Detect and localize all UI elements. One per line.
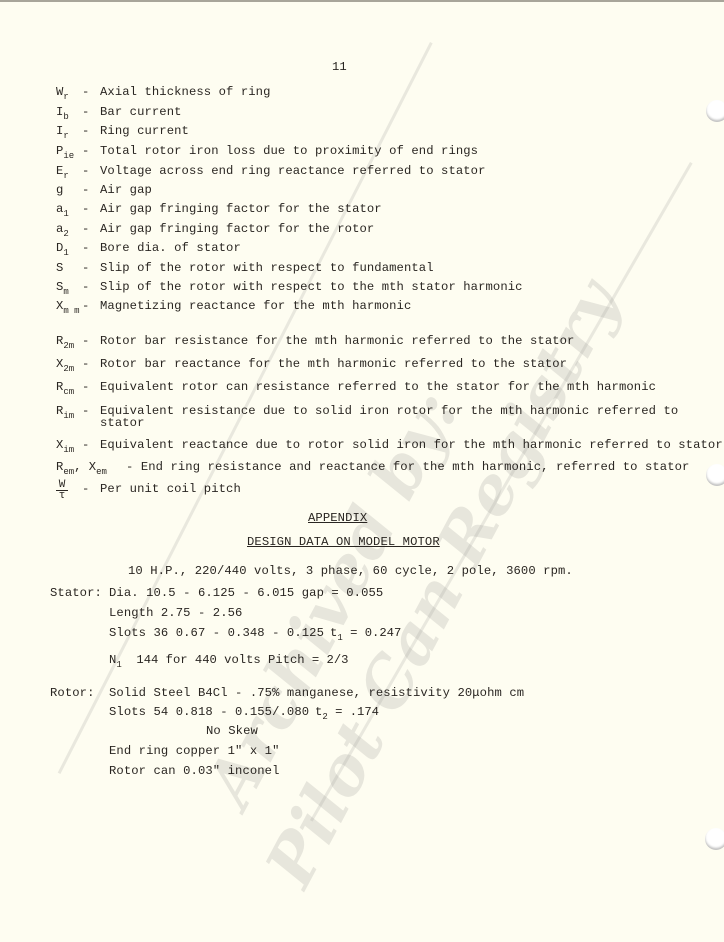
stator-n1: N1 144 for 440 volts Pitch = 2/3 (109, 653, 348, 670)
definition: Equivalent reactance due to rotor solid … (100, 438, 723, 452)
document-page: Archived by: Pilot Can Registry 11 Wr - … (0, 0, 724, 942)
stator-dia: Dia. 10.5 - 6.125 - 6.015 gap = 0.055 (109, 586, 383, 600)
stator-slots: Slots 36 0.67 - 0.348 - 0.125 (109, 626, 324, 640)
definition: Air gap fringing factor for the stator (100, 202, 382, 216)
punch-hole (706, 100, 724, 122)
symbol-xim: Xim (56, 438, 74, 455)
definition: Rotor bar reactance for the mth harmonic… (100, 357, 567, 371)
rotor-skew: No Skew (206, 724, 258, 738)
symbol-xmm: Xm m (56, 299, 80, 316)
definition: - End ring resistance and reactance for … (126, 460, 689, 474)
symbol-g: g (56, 183, 63, 197)
definition: Axial thickness of ring (100, 85, 271, 99)
definition: Ring current (100, 124, 189, 138)
definition: Equivalent rotor can resistance referred… (100, 380, 656, 394)
definition: Slip of the rotor with respect to fundam… (100, 261, 434, 275)
symbol-ib: Ib (56, 105, 69, 122)
symbol-er: Er (56, 164, 69, 181)
rotor-slots: Slots 54 0.818 - 0.155/.080 (109, 705, 309, 719)
symbol-pie: Pie (56, 144, 74, 161)
symbol-ir: Ir (56, 124, 69, 141)
definition: Per unit coil pitch (100, 482, 241, 496)
symbol-d1: D1 (56, 241, 69, 258)
punch-hole (706, 464, 724, 486)
definition: Slip of the rotor with respect to the mt… (100, 280, 523, 294)
motor-rating: 10 H.P., 220/440 volts, 3 phase, 60 cycl… (128, 564, 573, 578)
page-number: 11 (332, 60, 347, 74)
rotor-t2: t2 = .174 (315, 705, 379, 722)
definition: Rotor bar resistance for the mth harmoni… (100, 334, 574, 348)
symbol-wr: Wr (56, 85, 69, 102)
definition: Equivalent resistance due to solid iron … (100, 404, 678, 418)
definition: Bar current (100, 105, 182, 119)
stator-length: Length 2.75 - 2.56 (109, 606, 242, 620)
rotor-can: Rotor can 0.03" inconel (109, 764, 280, 778)
stator-label: Stator: (50, 586, 102, 600)
rotor-label: Rotor: (50, 686, 94, 700)
rotor-end-ring: End ring copper 1" x 1" (109, 744, 280, 758)
symbol-r2m: R2m (56, 334, 74, 351)
symbol-a1: a1 (56, 202, 69, 219)
appendix-subtitle: DESIGN DATA ON MODEL MOTOR (247, 535, 440, 549)
symbol-w-over-tau: Wτ (56, 480, 68, 501)
stator-t1: t1 = 0.247 (330, 626, 401, 643)
definition: Total rotor iron loss due to proximity o… (100, 144, 478, 158)
symbol-s: S (56, 261, 63, 275)
definition-continued: stator (100, 416, 144, 430)
punch-hole (705, 828, 724, 850)
rotor-material: Solid Steel B4Cl - .75% manganese, resis… (109, 686, 524, 700)
symbol-sm: Sm (56, 280, 69, 297)
symbol-a2: a2 (56, 222, 69, 239)
symbol-x2m: X2m (56, 357, 74, 374)
symbol-rcm: Rcm (56, 380, 74, 397)
definition: Bore dia. of stator (100, 241, 241, 255)
definition: Air gap fringing factor for the rotor (100, 222, 374, 236)
definition: Magnetizing reactance for the mth harmon… (100, 299, 411, 313)
definition: Voltage across end ring reactance referr… (100, 164, 486, 178)
appendix-title: APPENDIX (308, 511, 367, 525)
symbol-rem-xem: Rem, Xem (56, 460, 107, 477)
definition: Air gap (100, 183, 152, 197)
symbol-rim: Rim (56, 404, 74, 421)
